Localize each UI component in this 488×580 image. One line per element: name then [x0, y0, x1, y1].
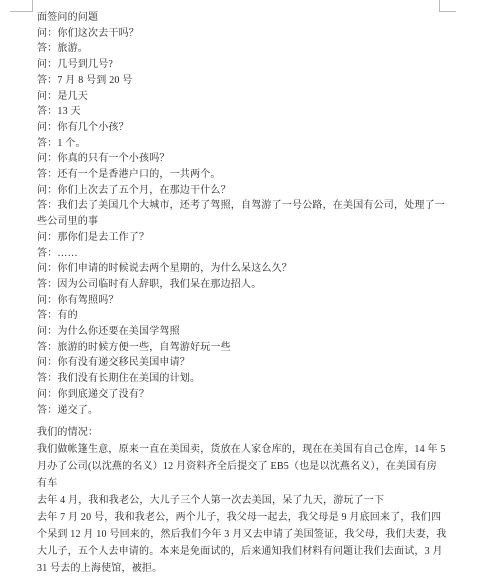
text-line: 问：你有没有递交移民美国申请？ [37, 355, 445, 371]
text-line: 答：…… [37, 246, 445, 262]
text-line: 去年 7 月 20 号，我和我老公，两个儿子，我父母一起去，我父母是 9 月底回… [37, 509, 446, 526]
text-line: 大儿子，五个人去申请的。本来是免面试的，后来通知我们材料有问题让我们去面试，3 … [37, 543, 446, 560]
text-line: 答：我们去了美国几个大城市，还考了驾照，自驾游了一号公路，在美国有公司，处理了一 [37, 198, 445, 214]
text-line: 问：你有驾照吗？ [37, 293, 445, 309]
text-line: 问：为什么你还要在美国学驾照 [37, 324, 445, 340]
text-line: 答：我们没有长期住在美国的计划。 [37, 371, 445, 387]
text-line: 问：你到底递交了没有？ [37, 387, 445, 403]
qa-section: 问：你们这次去干吗？答：旅游。问：几号到几号?答：7 月 8 号到 20 号问：… [37, 26, 445, 419]
text-line: 答：还有一个是香港户口的，一共两个。 [37, 167, 445, 183]
text-line: 有车 [37, 475, 446, 492]
text-line: 月办了公司(以沈燕的名义）12 月资料齐全后提交了 EB5（也是以沈燕名义），在… [37, 458, 446, 475]
margin-crop-mark-top-right [439, 0, 456, 12]
text-line: 问：那你们是去工作了？ [37, 230, 445, 246]
margin-crop-mark-top-left [10, 0, 33, 12]
text-line: 我们做帐篷生意，原来一直在美国卖，货放在人家仓库的，现在在美国有自己仓库，14 … [37, 441, 446, 458]
text-line: 问：你们上次去了五个月，在那边干什么？ [37, 183, 445, 199]
text-line: 答：递交了。 [37, 403, 445, 419]
text-line: 问：几号到几号? [37, 57, 445, 73]
text-line: 答：1 个。 [37, 136, 445, 152]
text-line: 我们的情况： [37, 424, 446, 441]
text-line: 问：你们申请的时候说去两个星期的，为什么呆这么久？ [37, 261, 445, 277]
text-line: 答：7 月 8 号到 20 号 [37, 73, 445, 89]
text-line: 问：你们这次去干吗？ [37, 26, 445, 42]
text-line: 去年 4 月，我和我老公，大儿子三个人第一次去美国，呆了九天，游玩了一下 [37, 492, 446, 509]
text-line: 答：旅游的时候方便一些，自驾游好玩一些 [37, 340, 445, 356]
text-line: 问：你有几个小孩？ [37, 120, 445, 136]
text-line: 问：你真的只有一个小孩吗？ [37, 151, 445, 167]
document-page: 面签问的问题 问：你们这次去干吗？答：旅游。问：几号到几号?答：7 月 8 号到… [0, 0, 488, 580]
text-line: 31 号去的上海使馆，被拒。 [37, 560, 446, 577]
text-line: 答：旅游。 [37, 41, 445, 57]
text-line: 些公司里的事 [37, 214, 445, 230]
text-line: 答：13 天 [37, 104, 445, 120]
text-line: 答：因为公司临时有人辞职，我们呆在那边招人。 [37, 277, 445, 293]
text-line: 答：有的 [37, 308, 445, 324]
text-line: 问：是几天 [37, 89, 445, 105]
text-line: 个呆到 12 月 10 号回来的，然后我们今年 3 月又去申请了美国签证，我父母… [37, 526, 446, 543]
page-title: 面签问的问题 [37, 10, 98, 26]
situation-section: 我们的情况：我们做帐篷生意，原来一直在美国卖，货放在人家仓库的，现在在美国有自己… [37, 424, 446, 577]
